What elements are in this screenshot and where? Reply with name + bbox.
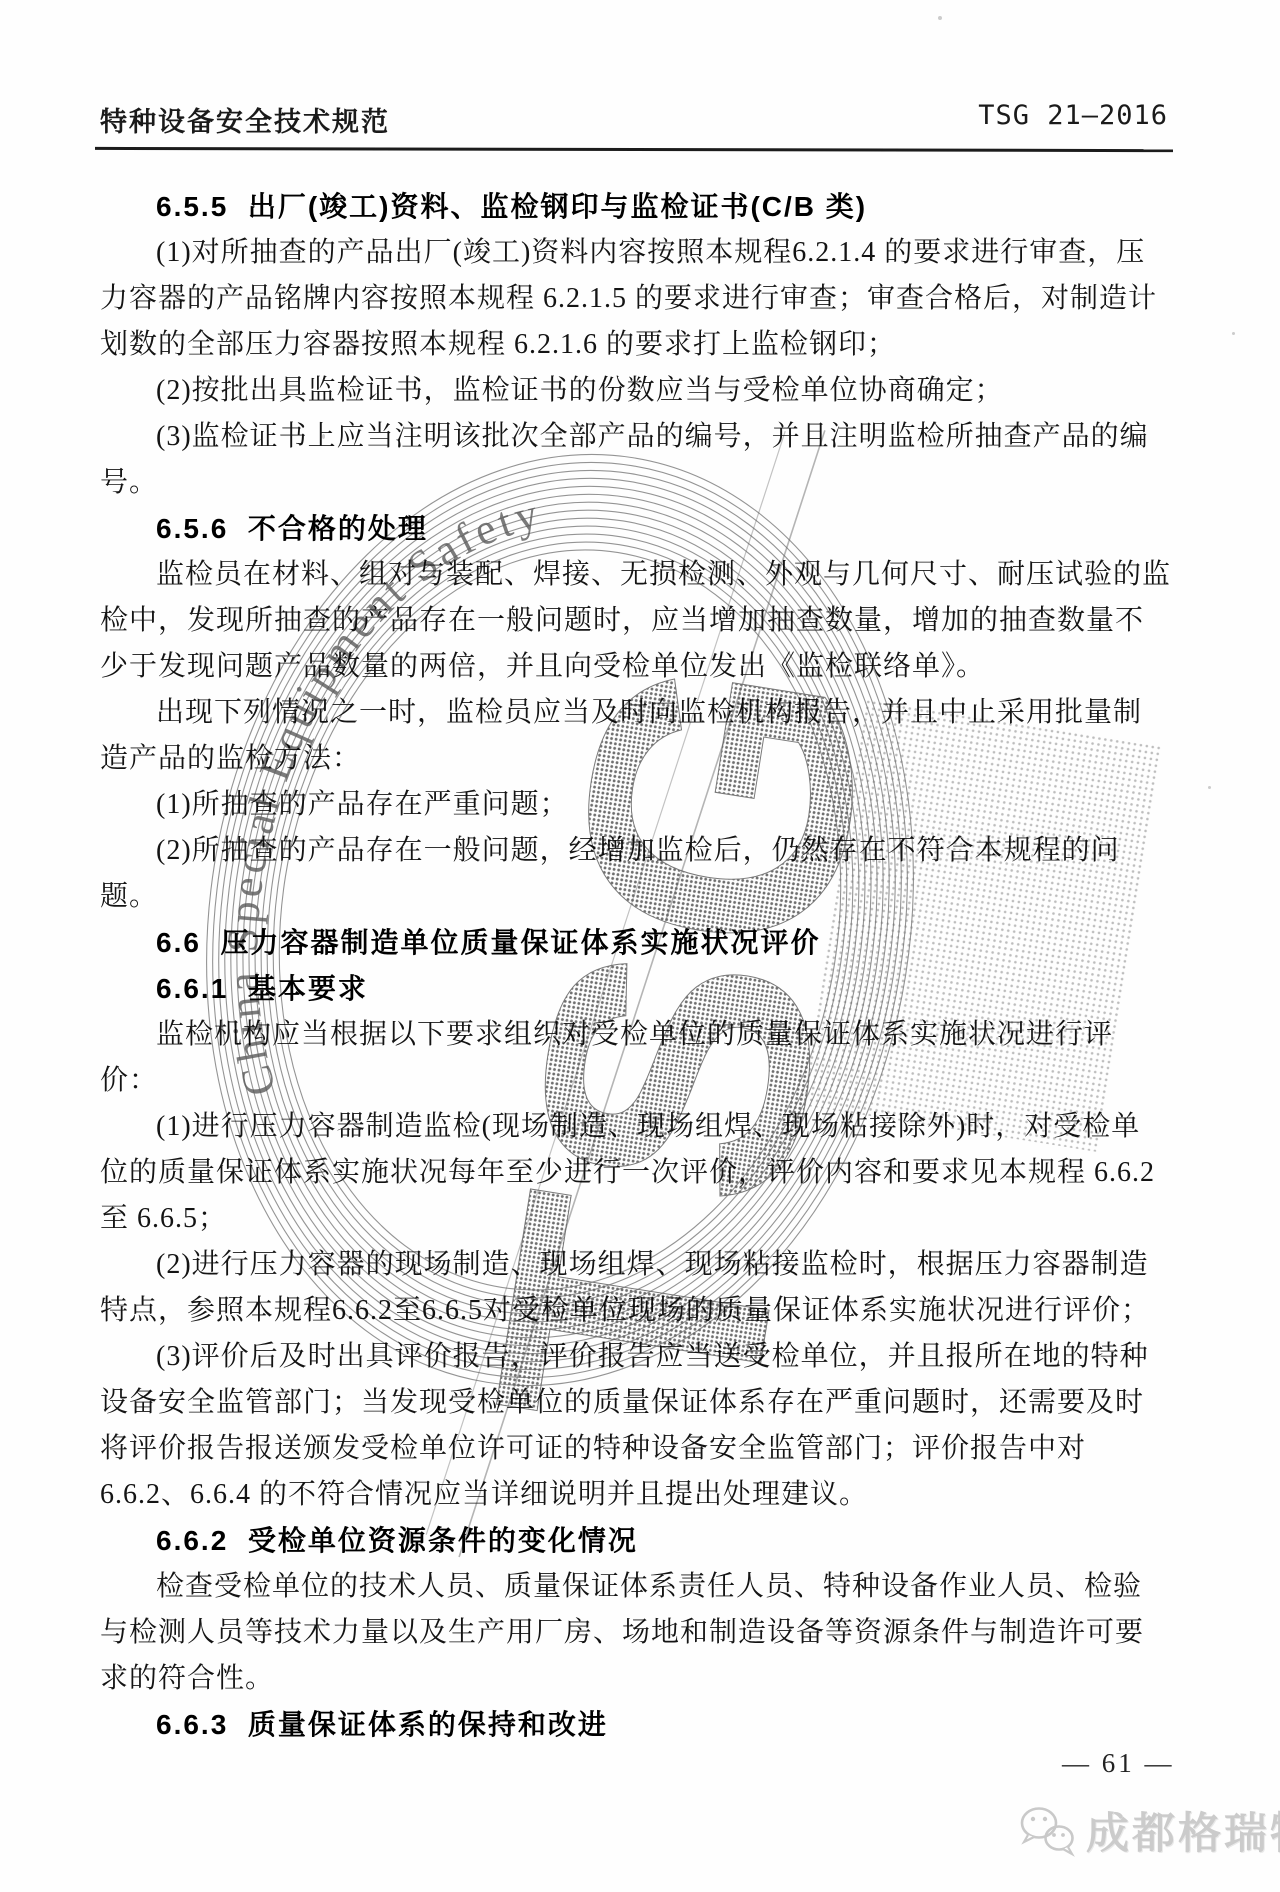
- text-line: 监检员在材料、组对与装配、焊接、无损检测、外观与几何尺寸、耐压试验的监: [100, 552, 1172, 598]
- text-line: 位的质量保证体系实施状况每年至少进行一次评价，评价内容和要求见本规程 6.6.2: [100, 1150, 1172, 1196]
- text-line: (1)对所抽查的产品出厂(竣工)资料内容按照本规程6.2.1.4 的要求进行审查…: [100, 230, 1172, 276]
- scan-speck: [938, 16, 942, 20]
- text-line: (3)监检证书上应当注明该批次全部产品的编号，并且注明监检所抽查产品的编: [100, 414, 1172, 460]
- header-rule: [95, 147, 1173, 152]
- text-line: 力容器的产品铭牌内容按照本规程 6.2.1.5 的要求进行审查；审查合格后，对制…: [100, 276, 1172, 322]
- section-heading-6-6-2: 6.6.2 受检单位资源条件的变化情况: [100, 1518, 1172, 1564]
- document-body: 6.5.5 出厂(竣工)资料、监检钢印与监检证书(C/B 类) (1)对所抽查的…: [100, 184, 1172, 1748]
- text-line: 特点，参照本规程6.6.2至6.6.5对受检单位现场的质量保证体系实施状况进行评…: [100, 1288, 1172, 1334]
- text-line: (2)进行压力容器的现场制造、现场组焊、现场粘接监检时，根据压力容器制造: [100, 1242, 1172, 1288]
- header-left-title: 特种设备安全技术规范: [100, 100, 390, 139]
- wechat-bubbles-icon: [1016, 1802, 1078, 1860]
- text-line: (2)按批出具监检证书，监检证书的份数应当与受检单位协商确定；: [100, 368, 1172, 414]
- scan-speck: [1208, 786, 1211, 789]
- text-line: 划数的全部压力容器按照本规程 6.2.1.6 的要求打上监检钢印；: [100, 322, 1172, 368]
- text-line: 至 6.6.5；: [100, 1196, 1172, 1242]
- text-line: 6.6.2、6.6.4 的不符合情况应当详细说明并且提出处理建议。: [100, 1472, 1172, 1518]
- section-heading-6-6-3: 6.6.3 质量保证体系的保持和改进: [100, 1702, 1172, 1748]
- section-heading-6-5-5: 6.5.5 出厂(竣工)资料、监检钢印与监检证书(C/B 类): [100, 184, 1172, 230]
- text-line: 将评价报告报送颁发受检单位许可证的特种设备安全监管部门；评价报告中对: [100, 1426, 1172, 1472]
- text-line: 设备安全监管部门；当发现受检单位的质量保证体系存在严重问题时，还需要及时: [100, 1380, 1172, 1426]
- text-line: 造产品的监检方法：: [100, 736, 1172, 782]
- text-line: 检查受检单位的技术人员、质量保证体系责任人员、特种设备作业人员、检验: [100, 1564, 1172, 1610]
- text-line: (2)所抽查的产品存在一般问题，经增加监检后，仍然存在不符合本规程的问: [100, 828, 1172, 874]
- document-page: 特种设备安全技术规范 TSG 21—2016 6.5.5 出厂(竣工)资料、监检…: [0, 0, 1280, 1892]
- text-line: 监检机构应当根据以下要求组织对受检单位的质量保证体系实施状况进行评: [100, 1012, 1172, 1058]
- text-line: 号。: [100, 460, 1172, 506]
- scan-speck: [1232, 332, 1235, 335]
- text-line: (1)进行压力容器制造监检(现场制造、现场组焊、现场粘接除外)时，对受检单: [100, 1104, 1172, 1150]
- text-line: (3)评价后及时出具评价报告，评价报告应当送受检单位，并且报所在地的特种: [100, 1334, 1172, 1380]
- text-line: 出现下列情况之一时，监检员应当及时向监检机构报告，并且中止采用批量制: [100, 690, 1172, 736]
- branding-text: 成都格瑞特: [1086, 1800, 1280, 1861]
- text-line: 与检测人员等技术力量以及生产用厂房、场地和制造设备等资源条件与制造许可要: [100, 1610, 1172, 1656]
- branding-watermark: 成都格瑞特: [1016, 1800, 1280, 1861]
- text-line: (1)所抽查的产品存在严重问题；: [100, 782, 1172, 828]
- section-heading-6-6: 6.6 压力容器制造单位质量保证体系实施状况评价: [100, 920, 1172, 966]
- text-line: 价：: [100, 1058, 1172, 1104]
- text-line: 检中，发现所抽查的产品存在一般问题时，应当增加抽查数量，增加的抽查数量不: [100, 598, 1172, 644]
- text-line: 少于发现问题产品数量的两倍，并且向受检单位发出《监检联络单》。: [100, 644, 1172, 690]
- section-heading-6-6-1: 6.6.1 基本要求: [100, 966, 1172, 1012]
- text-line: 求的符合性。: [100, 1656, 1172, 1702]
- page-number: — 61 —: [1062, 1748, 1175, 1779]
- section-heading-6-5-6: 6.5.6 不合格的处理: [100, 506, 1172, 552]
- header-right-title: TSG 21—2016: [978, 100, 1168, 131]
- text-line: 题。: [100, 874, 1172, 920]
